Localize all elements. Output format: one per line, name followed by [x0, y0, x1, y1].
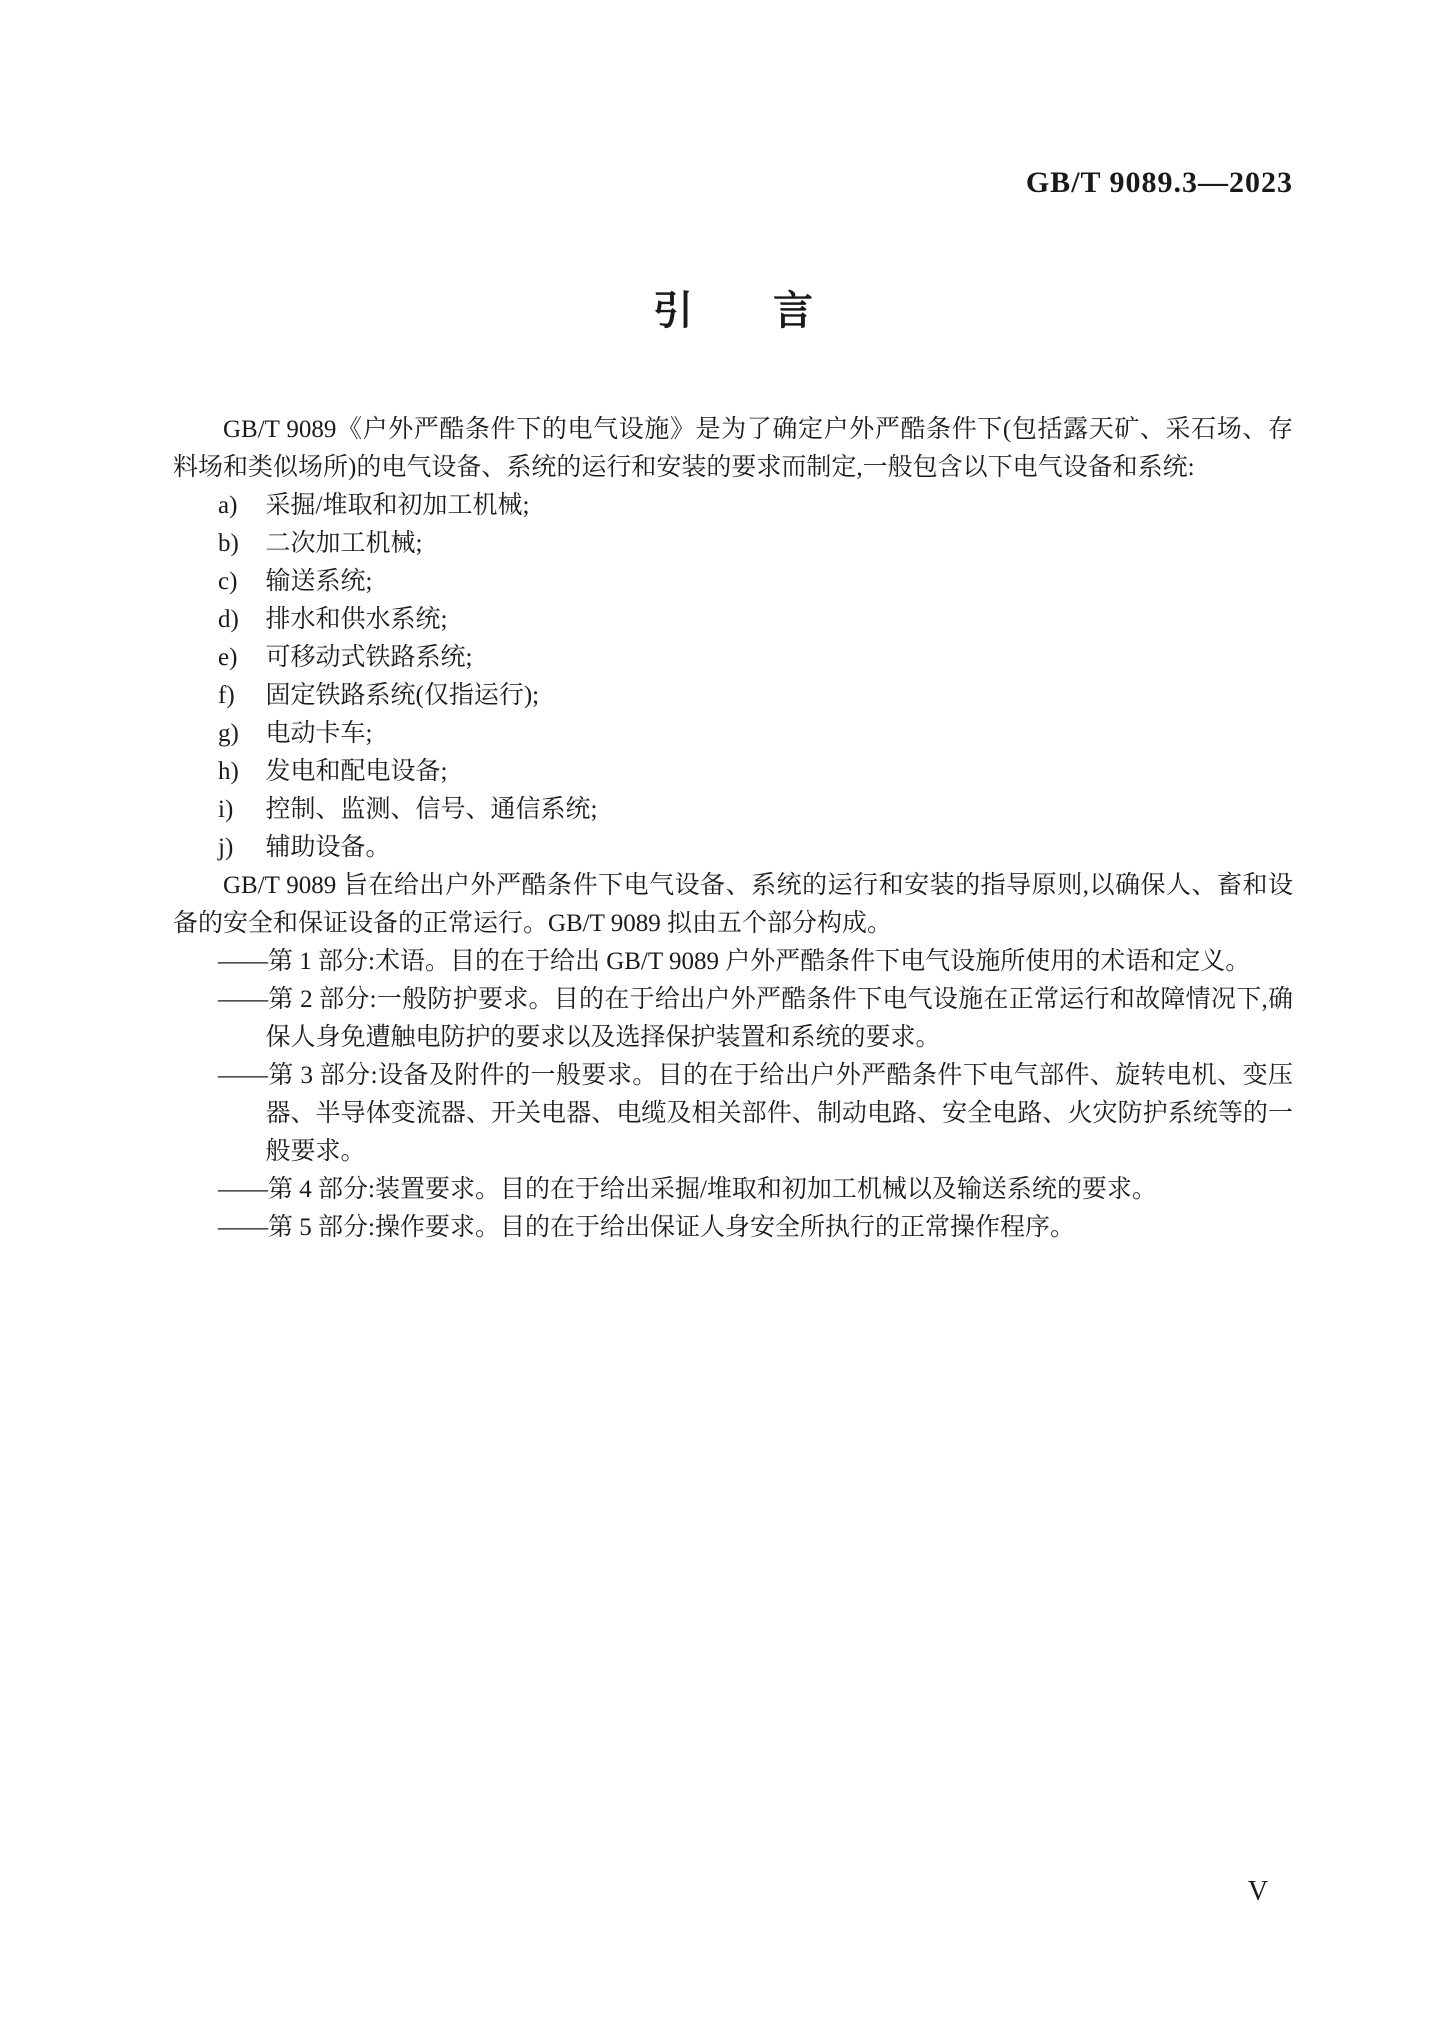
list-item-label: j)	[218, 829, 233, 867]
list-item-text: 固定铁路系统(仅指运行);	[266, 682, 540, 709]
equipment-systems-list: a) 采掘/堆取和初加工机械; b) 二次加工机械; c) 输送系统; d) 排…	[173, 487, 1293, 867]
list-item-d: d) 排水和供水系统;	[173, 601, 1293, 639]
list-item-text: 发电和配电设备;	[266, 758, 448, 785]
standard-parts-list: ——第 1 部分:术语。目的在于给出 GB/T 9089 户外严酷条件下电气设施…	[173, 943, 1293, 1247]
intro-paragraph-1: GB/T 9089《户外严酷条件下的电气设施》是为了确定户外严酷条件下(包括露天…	[173, 411, 1293, 487]
list-item-text: 控制、监测、信号、通信系统;	[266, 796, 598, 823]
list-item-f: f) 固定铁路系统(仅指运行);	[173, 677, 1293, 715]
list-item-label: d)	[218, 601, 239, 639]
document-page: GB/T 9089.3—2023 引 言 GB/T 9089《户外严酷条件下的电…	[0, 0, 1445, 2044]
list-item-text: 排水和供水系统;	[266, 606, 448, 633]
list-item-text: 二次加工机械;	[266, 530, 423, 557]
list-item-h: h) 发电和配电设备;	[173, 753, 1293, 791]
part-item-2: ——第 2 部分:一般防护要求。目的在于给出户外严酷条件下电气设施在正常运行和故…	[173, 981, 1293, 1057]
list-item-e: e) 可移动式铁路系统;	[173, 639, 1293, 677]
standard-number: GB/T 9089.3—2023	[1026, 166, 1293, 200]
page-number: V	[1228, 1876, 1288, 1908]
list-item-label: h)	[218, 753, 239, 791]
part-item-5: ——第 5 部分:操作要求。目的在于给出保证人身安全所执行的正常操作程序。	[173, 1209, 1293, 1247]
list-item-label: b)	[218, 525, 239, 563]
introduction-body: GB/T 9089《户外严酷条件下的电气设施》是为了确定户外严酷条件下(包括露天…	[173, 411, 1293, 1247]
list-item-label: f)	[218, 677, 235, 715]
list-item-a: a) 采掘/堆取和初加工机械;	[173, 487, 1293, 525]
part-item-1: ——第 1 部分:术语。目的在于给出 GB/T 9089 户外严酷条件下电气设施…	[173, 943, 1293, 981]
list-item-label: g)	[218, 715, 239, 753]
part-item-4: ——第 4 部分:装置要求。目的在于给出采掘/堆取和初加工机械以及输送系统的要求…	[173, 1171, 1293, 1209]
page-title: 引 言	[173, 288, 1293, 334]
list-item-g: g) 电动卡车;	[173, 715, 1293, 753]
list-item-b: b) 二次加工机械;	[173, 525, 1293, 563]
list-item-i: i) 控制、监测、信号、通信系统;	[173, 791, 1293, 829]
list-item-text: 采掘/堆取和初加工机械;	[266, 492, 530, 519]
intro-paragraph-2: GB/T 9089 旨在给出户外严酷条件下电气设备、系统的运行和安装的指导原则,…	[173, 867, 1293, 943]
list-item-c: c) 输送系统;	[173, 563, 1293, 601]
list-item-label: c)	[218, 563, 237, 601]
list-item-text: 输送系统;	[266, 568, 373, 595]
list-item-label: e)	[218, 639, 237, 677]
list-item-text: 辅助设备。	[266, 834, 391, 861]
list-item-text: 电动卡车;	[266, 720, 373, 747]
list-item-label: a)	[218, 487, 237, 525]
part-item-3: ——第 3 部分:设备及附件的一般要求。目的在于给出户外严酷条件下电气部件、旋转…	[173, 1057, 1293, 1171]
list-item-label: i)	[218, 791, 233, 829]
list-item-j: j) 辅助设备。	[173, 829, 1293, 867]
list-item-text: 可移动式铁路系统;	[266, 644, 473, 671]
